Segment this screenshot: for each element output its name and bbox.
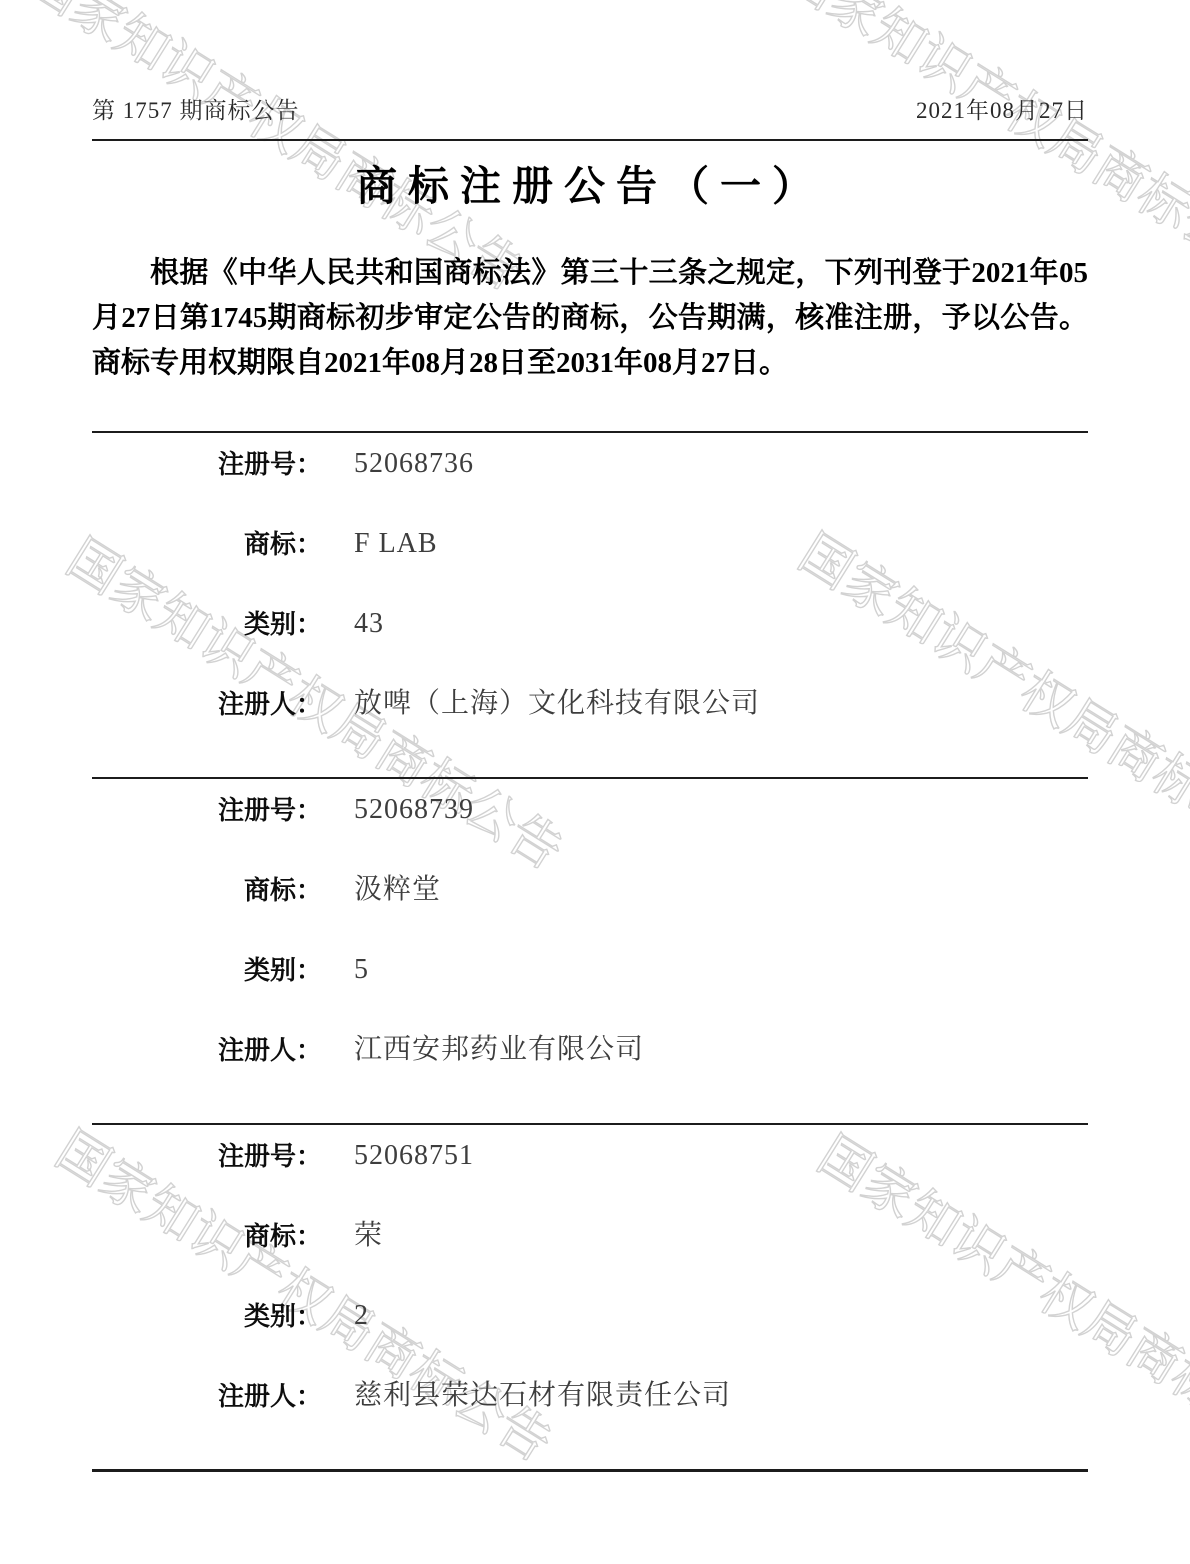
registrant-value: 江西安邦药业有限公司 [354, 1035, 1088, 1065]
category-value: 43 [354, 609, 1088, 639]
registrant-row: 注册人： 慈利县荣达石材有限责任公司 [92, 1381, 1088, 1411]
record-body: 注册号： 52068751 商标： 荣 类别： 2 注册人： 慈利县荣达石材有限… [92, 1125, 1088, 1469]
page-content: 第 1757 期商标公告 2021年08月27日 商标注册公告（一） 根据《中华… [0, 0, 1190, 1472]
publication-date: 2021年08月27日 [916, 92, 1088, 125]
registrant-label: 注册人： [92, 689, 322, 719]
reg-number-value: 52068739 [354, 795, 1088, 825]
registrant-row: 注册人： 江西安邦药业有限公司 [92, 1035, 1088, 1065]
trademark-row: 商标： F LAB [92, 529, 1088, 559]
trademark-record-3: 注册号： 52068751 商标： 荣 类别： 2 注册人： 慈利县荣达石材有限… [92, 1123, 1088, 1469]
registrant-label: 注册人： [92, 1381, 322, 1411]
registrant-row: 注册人： 放啤（上海）文化科技有限公司 [92, 689, 1088, 719]
registrant-value: 放啤（上海）文化科技有限公司 [354, 689, 1088, 719]
registrant-value: 慈利县荣达石材有限责任公司 [354, 1381, 1088, 1411]
trademark-label: 商标： [92, 529, 322, 559]
page-title: 商标注册公告（一） [92, 159, 1088, 213]
issue-number: 第 1757 期商标公告 [92, 92, 300, 125]
gazette-page: 国家知识产权局商标公告 国家知识产权局商标公告 国家知识产权局商标公告 国家知识… [0, 0, 1190, 1564]
category-row: 类别： 5 [92, 955, 1088, 985]
trademark-label: 商标： [92, 875, 322, 905]
reg-number-row: 注册号： 52068736 [92, 449, 1088, 479]
trademark-label: 商标： [92, 1221, 322, 1251]
category-value: 2 [354, 1301, 1088, 1331]
reg-number-label: 注册号： [92, 449, 322, 479]
category-label: 类别： [92, 609, 322, 639]
intro-paragraph: 根据《中华人民共和国商标法》第三十三条之规定，下列刊登于2021年05月27日第… [92, 251, 1088, 386]
trademark-value: F LAB [354, 529, 1088, 559]
reg-number-value: 52068751 [354, 1141, 1088, 1171]
trademark-value: 汲粹堂 [354, 875, 1088, 905]
trademark-value: 荣 [354, 1221, 1088, 1251]
trademark-record-1: 注册号： 52068736 商标： F LAB 类别： 43 注册人： 放啤（上… [92, 431, 1088, 777]
reg-number-label: 注册号： [92, 795, 322, 825]
category-label: 类别： [92, 1301, 322, 1331]
trademark-row: 商标： 汲粹堂 [92, 875, 1088, 905]
page-header: 第 1757 期商标公告 2021年08月27日 [92, 0, 1088, 125]
category-value: 5 [354, 955, 1088, 985]
trademark-row: 商标： 荣 [92, 1221, 1088, 1251]
registrant-label: 注册人： [92, 1035, 322, 1065]
category-row: 类别： 43 [92, 609, 1088, 639]
category-label: 类别： [92, 955, 322, 985]
reg-number-value: 52068736 [354, 449, 1088, 479]
reg-number-row: 注册号： 52068751 [92, 1141, 1088, 1171]
record-body: 注册号： 52068736 商标： F LAB 类别： 43 注册人： 放啤（上… [92, 433, 1088, 777]
reg-number-row: 注册号： 52068739 [92, 795, 1088, 825]
category-row: 类别： 2 [92, 1301, 1088, 1331]
bottom-rule [92, 1469, 1088, 1472]
reg-number-label: 注册号： [92, 1141, 322, 1171]
header-rule [92, 139, 1088, 141]
trademark-record-2: 注册号： 52068739 商标： 汲粹堂 类别： 5 注册人： 江西安邦药业有… [92, 777, 1088, 1123]
record-body: 注册号： 52068739 商标： 汲粹堂 类别： 5 注册人： 江西安邦药业有… [92, 779, 1088, 1123]
intro-spacer [92, 386, 1088, 431]
